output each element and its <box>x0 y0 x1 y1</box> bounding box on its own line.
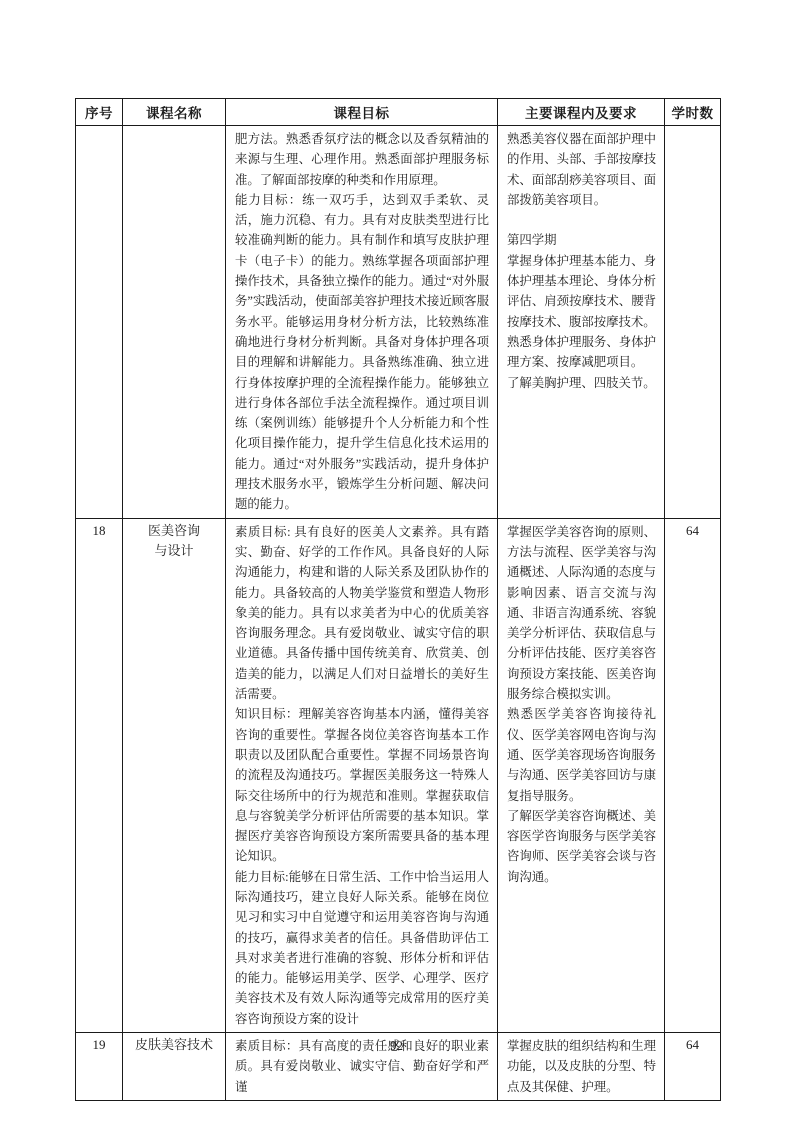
cell-class-hours: 64 <box>665 518 721 1032</box>
cell-course-objectives: 素质目标: 具有良好的医美人文素养。具有踏实、勤奋、好学的工作作风。具备良好的人… <box>226 518 498 1032</box>
document-page: 序号 课程名称 课程目标 主要课程内及要求 学时数 肥方法。熟悉香氛疗法的概念以… <box>0 0 793 1122</box>
cell-serial-number <box>76 126 123 519</box>
cell-course-content: 熟悉美容仪器在面部护理中的作用、头部、手部按摩技术、面部刮痧美容项目、面部拨筋美… <box>498 126 665 519</box>
curriculum-table: 序号 课程名称 课程目标 主要课程内及要求 学时数 肥方法。熟悉香氛疗法的概念以… <box>75 98 721 1101</box>
cell-course-name: 医美咨询 与设计 <box>123 518 226 1032</box>
header-course-objectives: 课程目标 <box>226 99 498 126</box>
cell-course-objectives: 肥方法。熟悉香氛疗法的概念以及香氛精油的来源与生理、心理作用。熟悉面部护理服务标… <box>226 126 498 519</box>
header-serial-number: 序号 <box>76 99 123 126</box>
cell-serial-number: 18 <box>76 518 123 1032</box>
cell-class-hours <box>665 126 721 519</box>
table-header-row: 序号 课程名称 课程目标 主要课程内及要求 学时数 <box>76 99 721 126</box>
header-course-name: 课程名称 <box>123 99 226 126</box>
cell-course-content: 掌握医学美容咨询的原则、方法与流程、医学美容与沟通概述、人际沟通的态度与影响因素… <box>498 518 665 1032</box>
table-row-continuation: 肥方法。熟悉香氛疗法的概念以及香氛精油的来源与生理、心理作用。熟悉面部护理服务标… <box>76 126 721 519</box>
cell-course-name <box>123 126 226 519</box>
page-number: 92 <box>0 1038 793 1054</box>
header-class-hours: 学时数 <box>665 99 721 126</box>
header-course-content: 主要课程内及要求 <box>498 99 665 126</box>
table-row-18: 18 医美咨询 与设计 素质目标: 具有良好的医美人文素养。具有踏实、勤奋、好学… <box>76 518 721 1032</box>
